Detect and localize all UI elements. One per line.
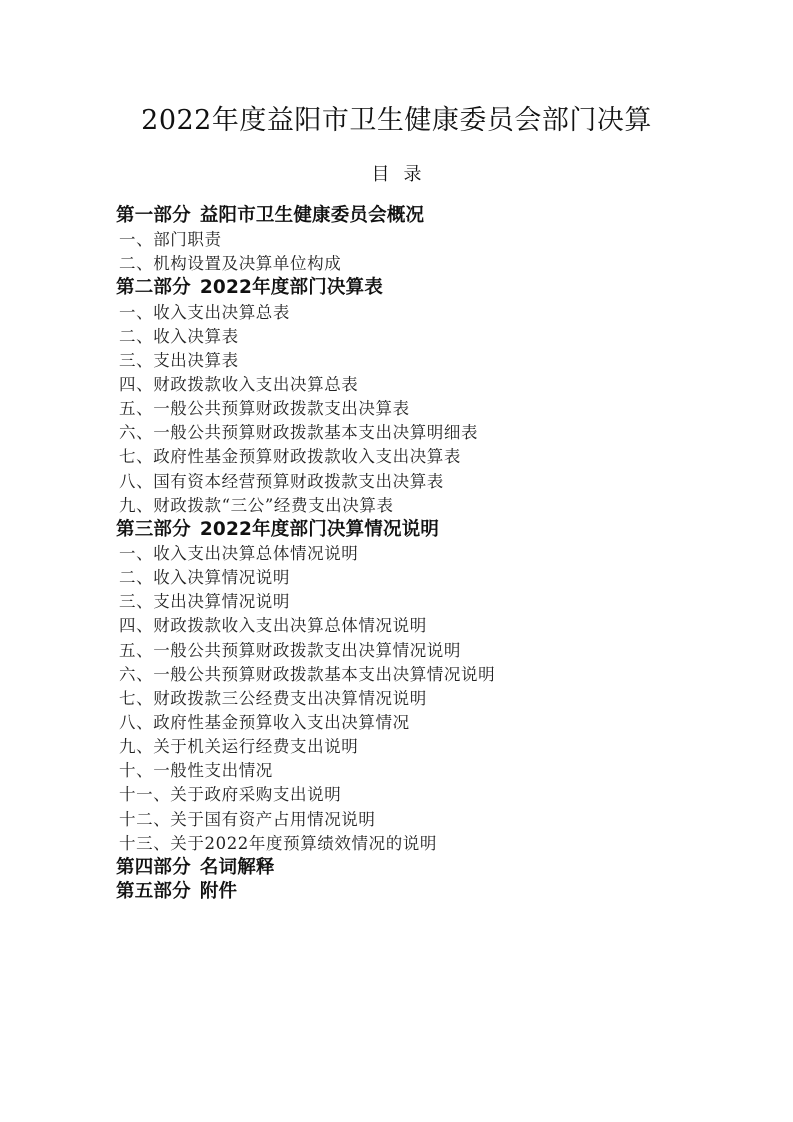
part-label: 第二部分 bbox=[116, 277, 191, 298]
part-label: 第一部分 bbox=[116, 205, 191, 226]
part-title: 2022年度部门决算情况说明 bbox=[200, 519, 439, 540]
toc-item[interactable]: 四、财政拨款收入支出决算总体情况说明 bbox=[116, 614, 495, 638]
toc-item[interactable]: 十二、关于国有资产占用情况说明 bbox=[116, 808, 495, 832]
toc-item[interactable]: 九、关于机关运行经费支出说明 bbox=[116, 735, 495, 759]
toc-item[interactable]: 七、财政拨款三公经费支出决算情况说明 bbox=[116, 687, 495, 711]
part-title: 益阳市卫生健康委员会概况 bbox=[200, 205, 424, 226]
toc-item[interactable]: 十、一般性支出情况 bbox=[116, 759, 495, 783]
toc-item[interactable]: 十三、关于2022年度预算绩效情况的说明 bbox=[116, 832, 495, 856]
toc-item[interactable]: 一、收入支出决算总表 bbox=[116, 301, 495, 325]
toc-item[interactable]: 一、收入支出决算总体情况说明 bbox=[116, 542, 495, 566]
toc-item[interactable]: 三、支出决算情况说明 bbox=[116, 590, 495, 614]
part-title: 附件 bbox=[200, 881, 237, 902]
toc-item[interactable]: 四、财政拨款收入支出决算总表 bbox=[116, 373, 495, 397]
part-title: 名词解释 bbox=[200, 857, 275, 878]
toc-heading: 目录 bbox=[0, 160, 793, 186]
toc-item[interactable]: 五、一般公共预算财政拨款支出决算情况说明 bbox=[116, 639, 495, 663]
part-label: 第五部分 bbox=[116, 881, 191, 902]
toc-item[interactable]: 二、收入决算表 bbox=[116, 325, 495, 349]
part-label: 第四部分 bbox=[116, 857, 191, 878]
toc-item[interactable]: 十一、关于政府采购支出说明 bbox=[116, 783, 495, 807]
toc-part-2[interactable]: 第二部分2022年度部门决算表 bbox=[116, 276, 495, 300]
toc-item[interactable]: 八、国有资本经营预算财政拨款支出决算表 bbox=[116, 470, 495, 494]
toc-item[interactable]: 七、政府性基金预算财政拨款收入支出决算表 bbox=[116, 445, 495, 469]
toc-item[interactable]: 九、财政拨款“三公”经费支出决算表 bbox=[116, 494, 495, 518]
part-title: 2022年度部门决算表 bbox=[200, 277, 383, 298]
toc-item[interactable]: 六、一般公共预算财政拨款基本支出决算情况说明 bbox=[116, 663, 495, 687]
toc-item[interactable]: 六、一般公共预算财政拨款基本支出决算明细表 bbox=[116, 421, 495, 445]
toc-item[interactable]: 五、一般公共预算财政拨款支出决算表 bbox=[116, 397, 495, 421]
toc-part-4[interactable]: 第四部分名词解释 bbox=[116, 856, 495, 880]
toc-part-1[interactable]: 第一部分益阳市卫生健康委员会概况 bbox=[116, 204, 495, 228]
toc-item[interactable]: 一、部门职责 bbox=[116, 228, 495, 252]
toc-item[interactable]: 二、收入决算情况说明 bbox=[116, 566, 495, 590]
toc-item[interactable]: 八、政府性基金预算收入支出决算情况 bbox=[116, 711, 495, 735]
toc-item[interactable]: 二、机构设置及决算单位构成 bbox=[116, 252, 495, 276]
toc-part-5[interactable]: 第五部分附件 bbox=[116, 880, 495, 904]
document-title: 2022年度益阳市卫生健康委员会部门决算 bbox=[0, 98, 793, 137]
part-label: 第三部分 bbox=[116, 519, 191, 540]
table-of-contents: 第一部分益阳市卫生健康委员会概况 一、部门职责 二、机构设置及决算单位构成 第二… bbox=[116, 204, 495, 904]
toc-item[interactable]: 三、支出决算表 bbox=[116, 349, 495, 373]
toc-part-3[interactable]: 第三部分2022年度部门决算情况说明 bbox=[116, 518, 495, 542]
